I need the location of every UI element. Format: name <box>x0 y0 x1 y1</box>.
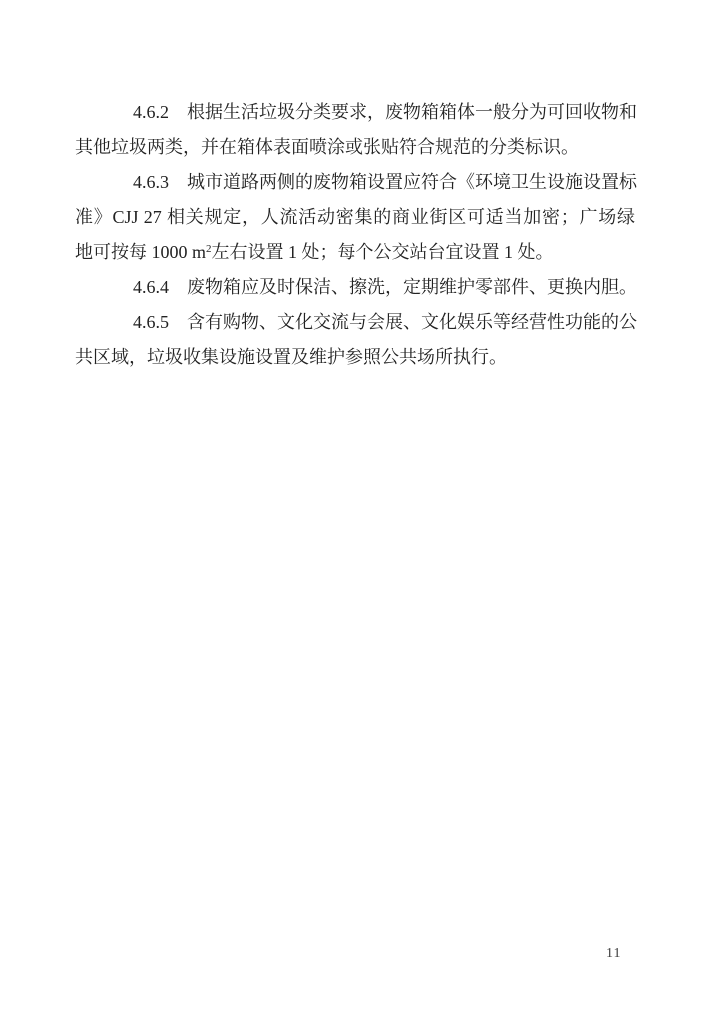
clause-text: 左右设置 1 处；每个公交站台宜设置 1 处。 <box>212 242 554 262</box>
clause-4-6-3-line-2: 准》CJJ 27 相关规定，人流活动密集的商业街区可适当加密；广场绿 <box>75 200 635 235</box>
clause-text: 含有购物、文化交流与会展、文化娱乐等经营性功能的公 <box>187 312 637 332</box>
clause-4-6-5-line-1: 4.6.5含有购物、文化交流与会展、文化娱乐等经营性功能的公 <box>75 305 635 340</box>
clause-4-6-2-line-2: 其他垃圾两类，并在箱体表面喷涂或张贴符合规范的分类标识。 <box>75 130 635 165</box>
clause-4-6-3-line-3: 地可按每 1000 m2左右设置 1 处；每个公交站台宜设置 1 处。 <box>75 235 635 270</box>
clause-text: 城市道路两侧的废物箱设置应符合《环境卫生设施设置标 <box>187 172 637 192</box>
clause-4-6-3-line-1: 4.6.3城市道路两侧的废物箱设置应符合《环境卫生设施设置标 <box>75 165 635 200</box>
clause-4-6-2-line-1: 4.6.2根据生活垃圾分类要求，废物箱箱体一般分为可回收物和 <box>75 95 635 130</box>
document-body: 4.6.2根据生活垃圾分类要求，废物箱箱体一般分为可回收物和 其他垃圾两类，并在… <box>75 95 635 375</box>
clause-text: 地可按每 1000 m <box>75 242 206 262</box>
clause-number: 4.6.2 <box>133 102 169 122</box>
clause-text: 其他垃圾两类，并在箱体表面喷涂或张贴符合规范的分类标识。 <box>75 137 579 157</box>
clause-text: 废物箱应及时保洁、擦洗，定期维护零部件、更换内胆。 <box>187 277 637 297</box>
clause-number: 4.6.5 <box>133 312 169 332</box>
clause-text: 共区域，垃圾收集设施设置及维护参照公共场所执行。 <box>75 347 507 367</box>
clause-4-6-4-line-1: 4.6.4废物箱应及时保洁、擦洗，定期维护零部件、更换内胆。 <box>75 270 635 305</box>
clause-number: 4.6.4 <box>133 277 169 297</box>
page-number: 11 <box>606 946 621 962</box>
clause-4-6-5-line-2: 共区域，垃圾收集设施设置及维护参照公共场所执行。 <box>75 340 635 375</box>
clause-text: 根据生活垃圾分类要求，废物箱箱体一般分为可回收物和 <box>187 102 637 122</box>
clause-text: 准》CJJ 27 相关规定，人流活动密集的商业街区可适当加密；广场绿 <box>75 207 635 227</box>
document-page: 4.6.2根据生活垃圾分类要求，废物箱箱体一般分为可回收物和 其他垃圾两类，并在… <box>0 0 725 1024</box>
clause-number: 4.6.3 <box>133 172 169 192</box>
